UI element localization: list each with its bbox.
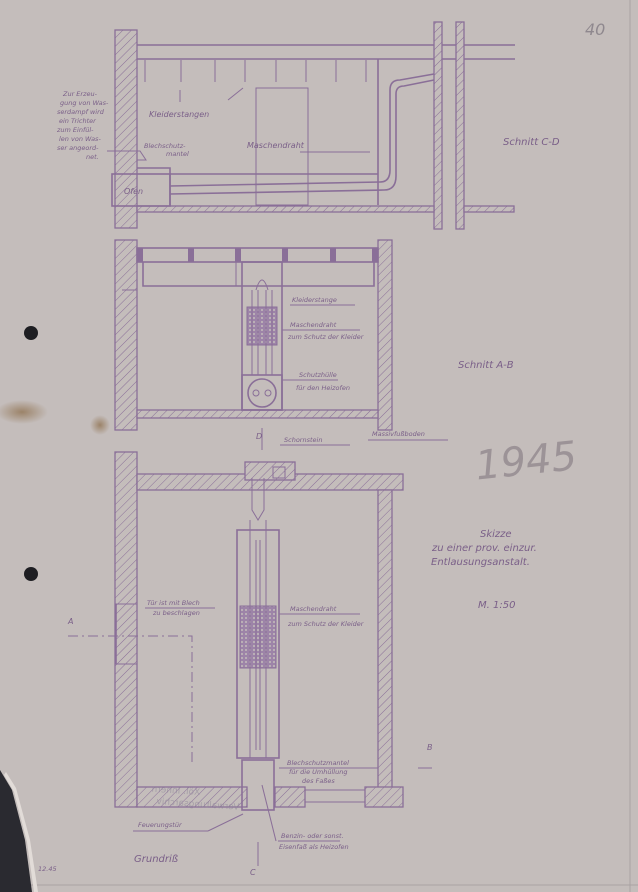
marker-c: C — [250, 868, 256, 877]
title-line-2: zu einer prov. einzur. — [431, 543, 537, 554]
small-note: 12.45 — [38, 865, 57, 873]
floor-plan: A B C D Schornstein Tür ist mit Blech zu… — [67, 428, 433, 877]
punch-hole — [24, 567, 38, 581]
title-line-1: Skizze — [480, 529, 512, 540]
svg-text:len von Was-: len von Was- — [59, 135, 101, 143]
svg-text:serdampf wird: serdampf wird — [57, 108, 105, 116]
year-annotation: 1945 — [473, 433, 579, 489]
svg-text:zum Einfül-: zum Einfül- — [56, 126, 94, 134]
title-line-3: Entlausungsanstalt. — [431, 557, 530, 568]
label-blechschutzmantel: Blechschutzmantel — [287, 759, 349, 767]
label-kleiderstange: Kleiderstange — [292, 296, 337, 304]
marker-b: B — [427, 743, 433, 752]
section-c-d-title: Schnitt C-D — [503, 137, 560, 148]
title-block: Skizze zu einer prov. einzur. Entlausung… — [431, 529, 537, 611]
label-heizofen-plan: Eisenfaß als Heizofen — [279, 843, 349, 851]
floor-plan-title: Grundriß — [134, 854, 178, 865]
label-tuer-1: Tür ist mit Blech — [147, 599, 200, 607]
label-maschendraht: Maschendraht — [247, 141, 305, 150]
label-tuer-2: zu beschlagen — [152, 609, 200, 617]
label-ofen: Ofen — [124, 187, 143, 196]
label-schutzhuelle: Schutzhülle — [299, 371, 337, 379]
label-mantel: mantel — [166, 150, 189, 158]
label-maschendraht-plan: Maschendraht — [290, 605, 337, 613]
svg-text:gung von Was-: gung von Was- — [60, 99, 109, 107]
svg-text:Zur Erzeu-: Zur Erzeu- — [62, 90, 98, 98]
label-schutz-kleider-plan: zum Schutz der Kleider — [287, 620, 365, 628]
section-a-b-title: Schnitt A-B — [458, 360, 514, 371]
label-fasses: des Faßes — [302, 777, 335, 785]
steam-note: Zur Erzeu- gung von Was- serdampf wird e… — [56, 90, 109, 161]
label-feuerungstuer: Feuerungstür — [138, 821, 183, 829]
document-sheet: 40 1945 Ofen — [0, 0, 638, 892]
marker-d: D — [256, 432, 262, 441]
marker-a: A — [67, 617, 73, 626]
section-c-d: Ofen Kleiderstangen Blechschutz- mantel … — [56, 22, 560, 229]
label-kleiderstangen: Kleiderstangen — [149, 110, 209, 119]
svg-text:net.: net. — [86, 153, 99, 161]
punch-hole — [24, 326, 38, 340]
label-schornstein: Schornstein — [284, 436, 322, 444]
svg-text:ser angeord-: ser angeord- — [57, 144, 99, 152]
page-number: 40 — [585, 20, 605, 39]
scale: M. 1:50 — [478, 600, 515, 611]
svg-text:ein Trichter: ein Trichter — [59, 117, 97, 125]
label-heizofen: für den Heizofen — [296, 384, 350, 392]
label-schutz-kleider-ab: zum Schutz der Kleider — [287, 333, 365, 341]
section-a-b: Kleiderstange Maschendraht zum Schutz de… — [115, 240, 514, 440]
label-massivfussboden: Massivfußboden — [372, 430, 425, 438]
technical-drawing: 40 1945 Ofen — [0, 0, 638, 892]
label-maschendraht-ab: Maschendraht — [290, 321, 337, 329]
label-benzin: Benzin- oder sonst. — [281, 832, 344, 840]
label-umhuellung: für die Umhüllung — [289, 768, 347, 776]
label-blechschutz: Blechschutz- — [144, 142, 186, 150]
